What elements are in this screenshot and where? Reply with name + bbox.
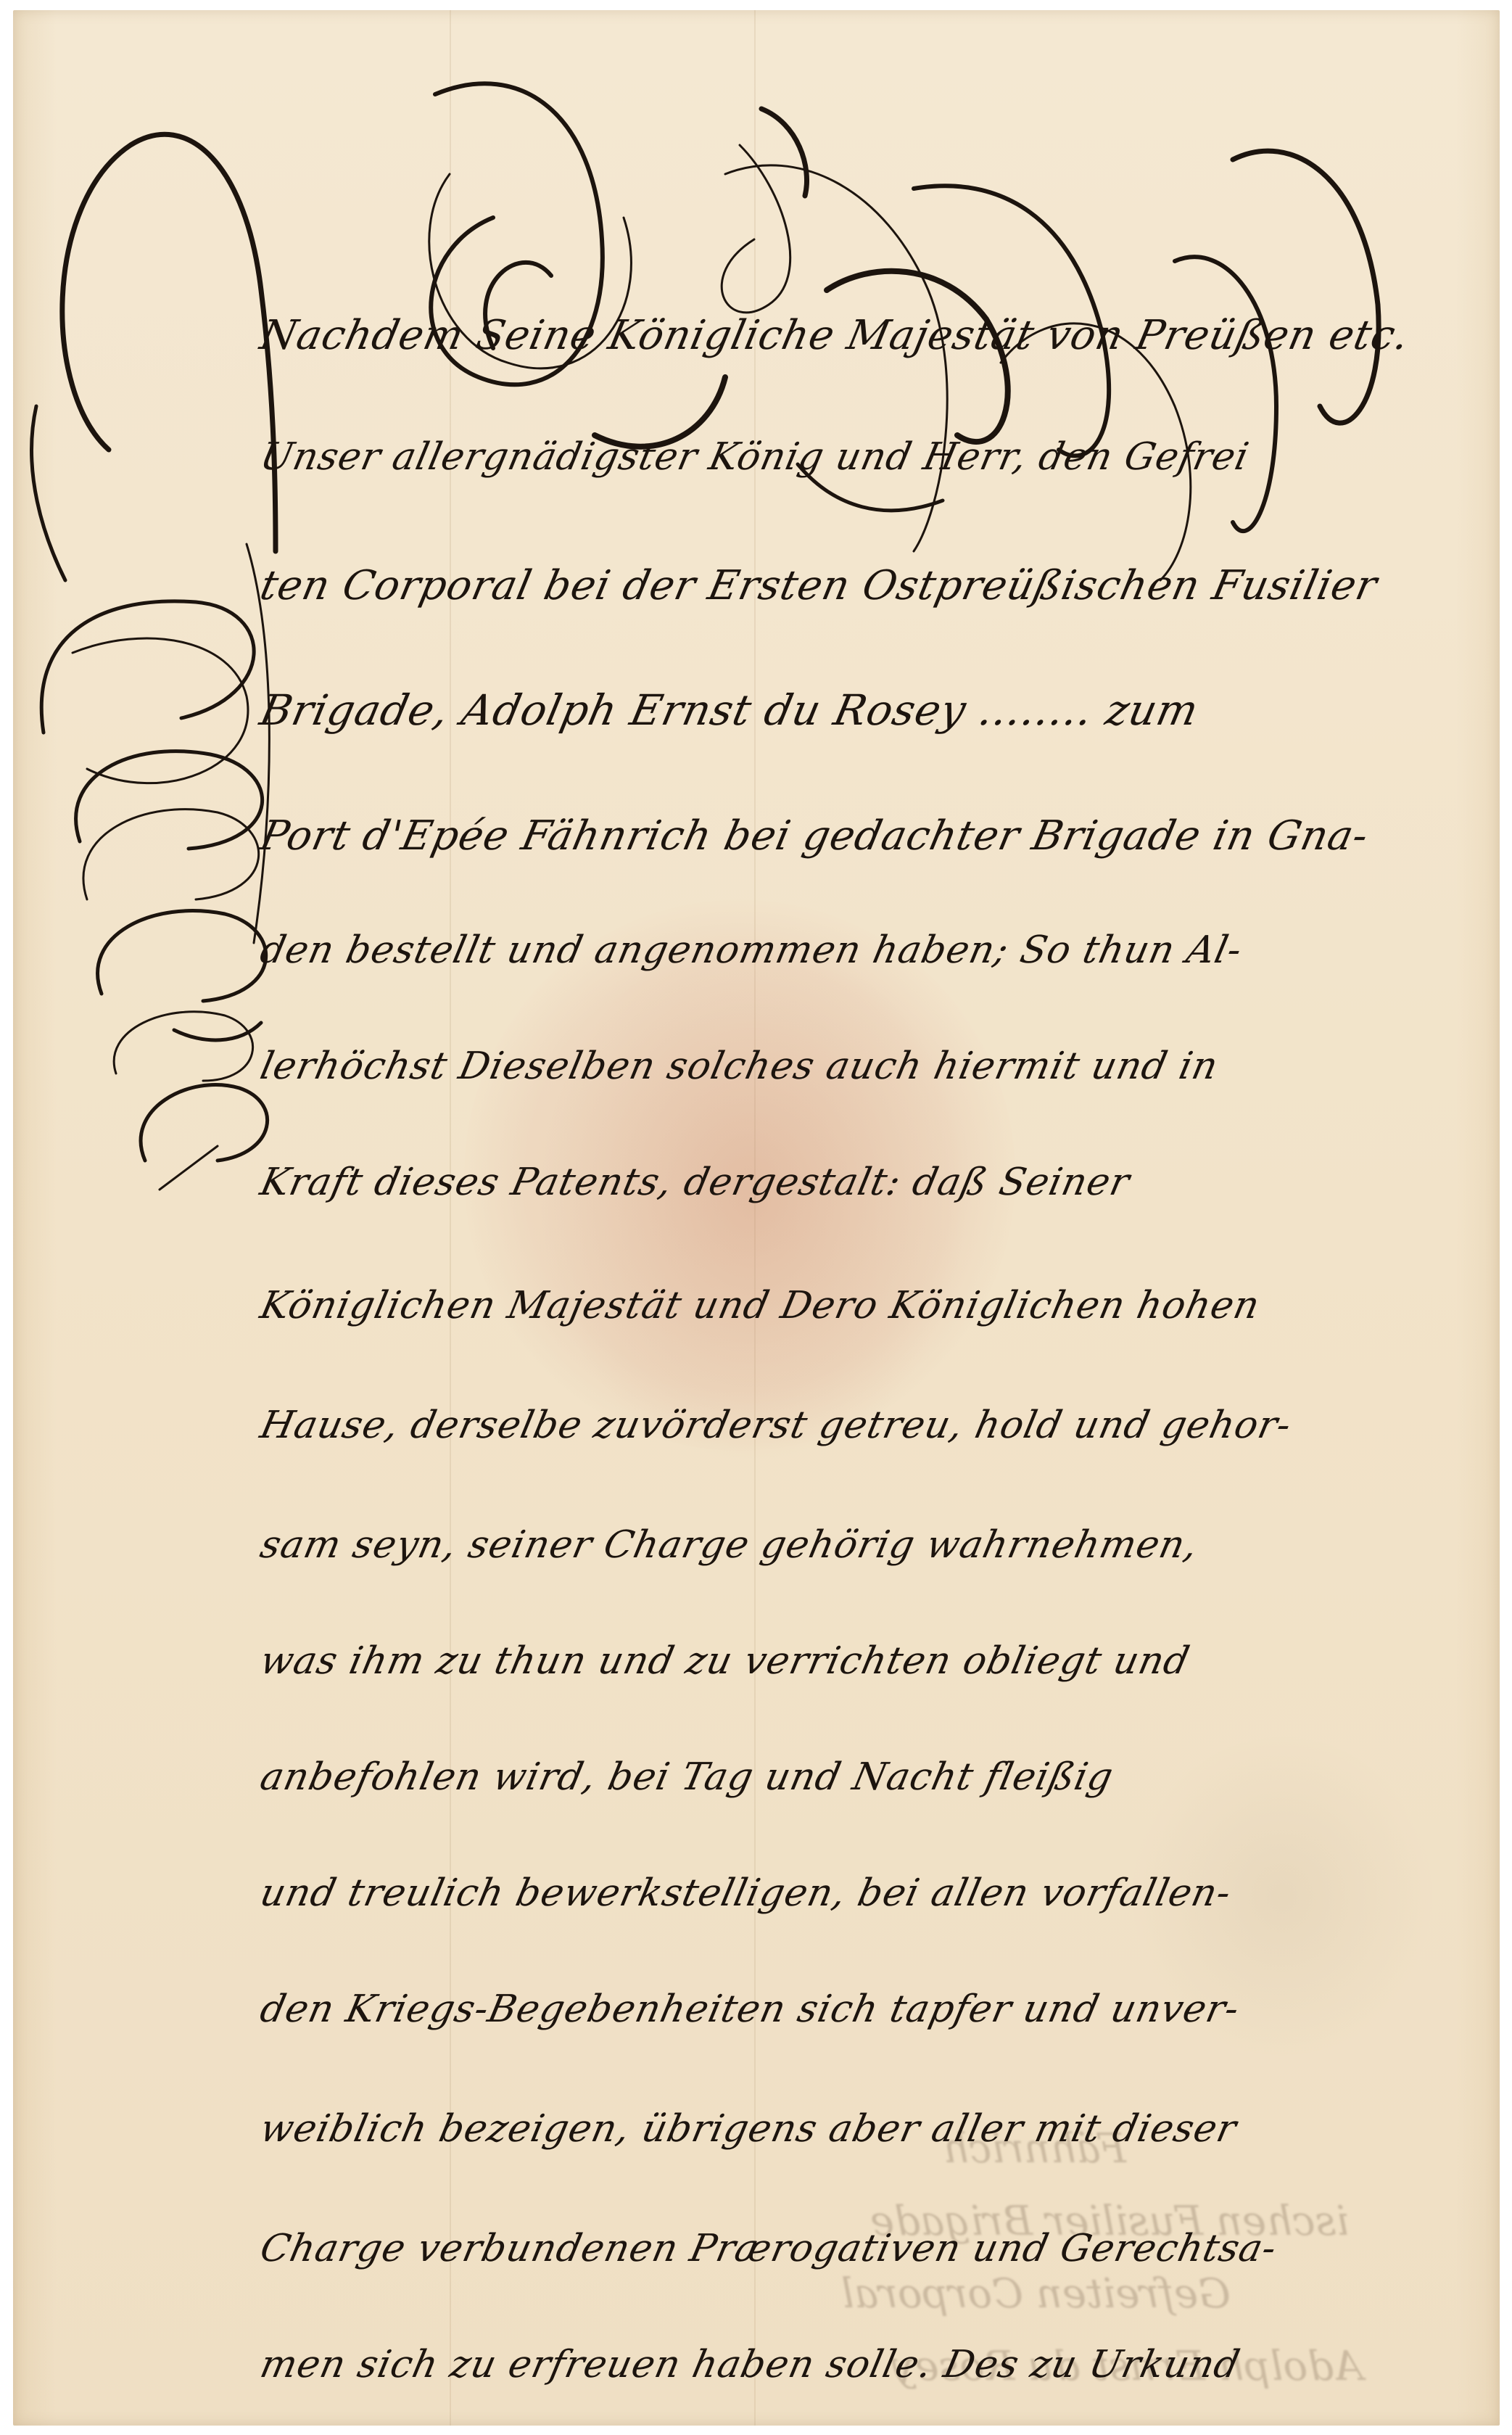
text-line: Königlichen Majestät und Dero Königliche… xyxy=(257,1284,1264,1327)
text-line: Unser allergnädigster König und Herr, de… xyxy=(257,435,1253,479)
text-line: Port d'Epée Fähnrich bei gedachter Briga… xyxy=(256,812,1373,860)
text-line: Hause, derselbe zuvörderst getreu, hold … xyxy=(257,1404,1296,1447)
text-line: Charge verbundenen Prærogativen und Gere… xyxy=(257,2227,1281,2270)
text-line: ten Corporal bei der Ersten Ostpreüßisch… xyxy=(256,562,1381,609)
text-line: was ihm zu thun und zu verrichten oblieg… xyxy=(257,1639,1194,1683)
text-line: anbefohlen wird, bei Tag und Nacht fleiß… xyxy=(257,1755,1118,1799)
text-line: men sich zu erfreuen haben solle. Des zu… xyxy=(257,2343,1244,2386)
text-line: lerhöchst Dieselben solches auch hiermit… xyxy=(257,1045,1223,1088)
text-line: Brigade, Adolph Ernst du Rosey ........ … xyxy=(256,685,1203,735)
text-line: den Kriegs-Begebenheiten sich tapfer und… xyxy=(257,1987,1244,2031)
text-line: Kraft dieses Patents, dergestalt: daß Se… xyxy=(257,1161,1134,1204)
paper-fold-line xyxy=(450,10,451,2426)
text-line: Nachdem Seine Königliche Majestät von Pr… xyxy=(256,312,1413,359)
text-line: den bestellt und angenommen haben; So th… xyxy=(257,928,1247,972)
text-line: sam seyn, seiner Charge gehörig wahrnehm… xyxy=(257,1523,1202,1567)
text-line: weiblich bezeigen, übrigens aber aller m… xyxy=(257,2107,1241,2151)
text-line: und treulich bewerkstelligen, bei allen … xyxy=(257,1871,1236,1915)
bleed-through-text: Gefreiten Corporal xyxy=(841,2270,1231,2317)
